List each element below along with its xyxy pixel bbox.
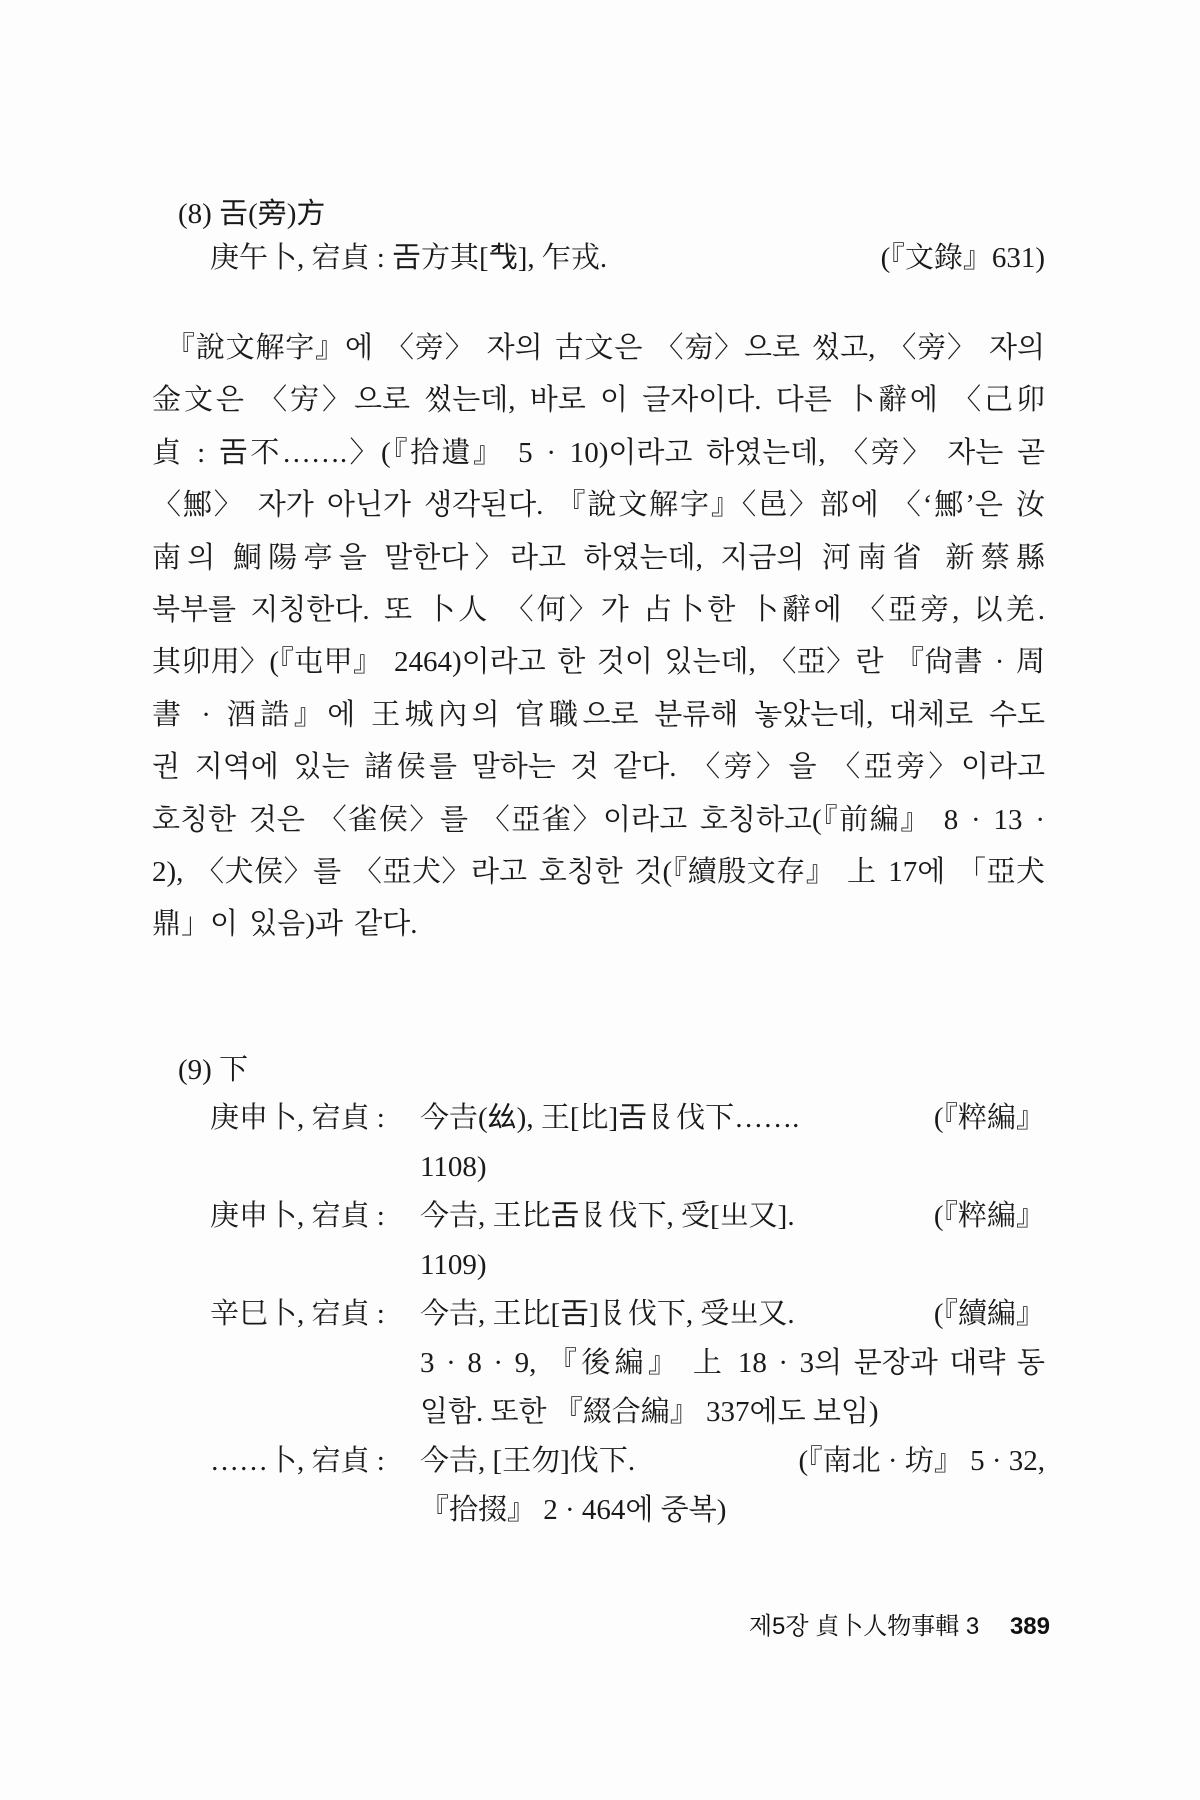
paragraph-line: 북부를 지칭한다. 또 卜人 〈何〉가 占卜한 卜辭에 〈亞旁, 以羌. xyxy=(152,584,1045,636)
entry-source: (『粹編』 xyxy=(934,1192,1045,1241)
page-footer: 제5장 貞卜人物事輯 3 389 xyxy=(749,1612,1050,1642)
paragraph-line: 其卯用〉(『屯甲』 2464)이라고 한 것이 있는데, 〈亞〉란 『尙書 · … xyxy=(152,636,1045,688)
paragraph-line: 권 지역에 있는 諸侯를 말하는 것 같다. 〈旁〉을 〈亞旁〉이라고 xyxy=(152,741,1045,793)
entry-text: 今𠮷(𢆶), 王[比]𢀛𠬝伐下𡆥……. xyxy=(420,1094,799,1143)
paragraph-line: 南의 鮦陽亭을 말한다〉라고 하였는데, 지금의 河南省 新蔡縣 xyxy=(152,532,1045,584)
paragraph-line: 『說文解字』에 〈旁〉 자의 古文은 〈㫄〉으로 썼고, 〈旁〉 자의 xyxy=(152,322,1045,374)
paragraph-line: 2), 〈犬侯〉를 〈亞犬〉라고 호칭한 것(『續殷文存』 上 17에 「亞犬 xyxy=(152,846,1045,898)
entry-source: (『粹編』 xyxy=(934,1094,1045,1143)
quote-text: 庚午卜, 宕貞 : 𢀛方其[𢦔], 乍戎. xyxy=(210,242,607,274)
entry-source: (『續編』 xyxy=(934,1290,1045,1339)
entry-continuation: 일함. 또한 『綴合編』 337에도 보임) xyxy=(420,1388,1045,1437)
inscription-entry: 庚申卜, 宕貞 : 今𠮷, 王比𢀛𠬝伐下𡆥, 受[㞢又]. (『粹編』 1109… xyxy=(210,1192,1045,1290)
section-8-title: (8) 𢀛(旁)方 xyxy=(178,192,325,236)
inscription-entry: 辛巳卜, 宕貞 : 今𠮷, 王比[𢀛]𠬝伐下𡆥, 受㞢又. (『續編』 3 · … xyxy=(210,1290,1045,1437)
entry-continuation: 3 · 8 · 9, 『後編』 上 18 · 3의 문장과 대략 동 xyxy=(420,1339,1045,1388)
entry-text: 今𠮷, [王勿]伐下𡆥. xyxy=(420,1437,635,1486)
paragraph-line: 鼎」이 있음)과 같다. xyxy=(152,898,1045,950)
entry-head: 庚申卜, 宕貞 : xyxy=(210,1094,385,1143)
page-number: 389 xyxy=(1010,1613,1050,1640)
entry-head: 辛巳卜, 宕貞 : xyxy=(210,1290,385,1339)
inscription-entry: ……卜, 宕貞 : 今𠮷, [王勿]伐下𡆥. (『南北 · 坊』 5 · 32,… xyxy=(210,1437,1045,1535)
entry-head: ……卜, 宕貞 : xyxy=(210,1437,385,1486)
paragraph-line: 金文은 〈㝑〉으로 썼는데, 바로 이 글자이다. 다른 卜辭에 〈己卯 xyxy=(152,374,1045,426)
entry-continuation: 1109) xyxy=(420,1241,1045,1290)
entry-continuation: 1108) xyxy=(420,1143,1045,1192)
section-8-quote: 庚午卜, 宕貞 : 𢀛方其[𢦔], 乍戎. (『文錄』631) xyxy=(210,236,1045,280)
entry-text: 今𠮷, 王比[𢀛]𠬝伐下𡆥, 受㞢又. xyxy=(420,1290,795,1339)
quote-source: (『文錄』631) xyxy=(881,236,1045,280)
paragraph-line: 貞 : 𢀛不…….〉(『拾遺』 5 · 10)이라고 하였는데, 〈旁〉 자는 … xyxy=(152,427,1045,479)
paragraph-line: 書 · 酒誥』에 王城內의 官職으로 분류해 놓았는데, 대체로 수도 xyxy=(152,689,1045,741)
book-page: (8) 𢀛(旁)方 庚午卜, 宕貞 : 𢀛方其[𢦔], 乍戎. (『文錄』631… xyxy=(0,0,1200,1800)
running-head: 제5장 貞卜人物事輯 3 xyxy=(749,1613,979,1640)
paragraph-line: 호칭한 것은 〈雀侯〉를 〈亞雀〉이라고 호칭하고(『前編』 8 · 13 · xyxy=(152,794,1045,846)
entry-source: (『南北 · 坊』 5 · 32, xyxy=(799,1437,1045,1486)
inscription-entry: 庚申卜, 宕貞 : 今𠮷(𢆶), 王[比]𢀛𠬝伐下𡆥……. (『粹編』 1108… xyxy=(210,1094,1045,1192)
entry-continuation: 『拾掇』 2 · 464에 중복) xyxy=(420,1486,1045,1535)
section-9-title: (9) 下𡆥 xyxy=(178,1048,248,1092)
entry-text: 今𠮷, 王比𢀛𠬝伐下𡆥, 受[㞢又]. xyxy=(420,1192,795,1241)
entry-head: 庚申卜, 宕貞 : xyxy=(210,1192,385,1241)
commentary-paragraph: 『說文解字』에 〈旁〉 자의 古文은 〈㫄〉으로 썼고, 〈旁〉 자의 金文은 … xyxy=(152,322,1045,951)
paragraph-line: 〈鄦〉 자가 아닌가 생각된다. 『說文解字』〈邑〉部에 〈‘鄦’은 汝 xyxy=(152,479,1045,531)
